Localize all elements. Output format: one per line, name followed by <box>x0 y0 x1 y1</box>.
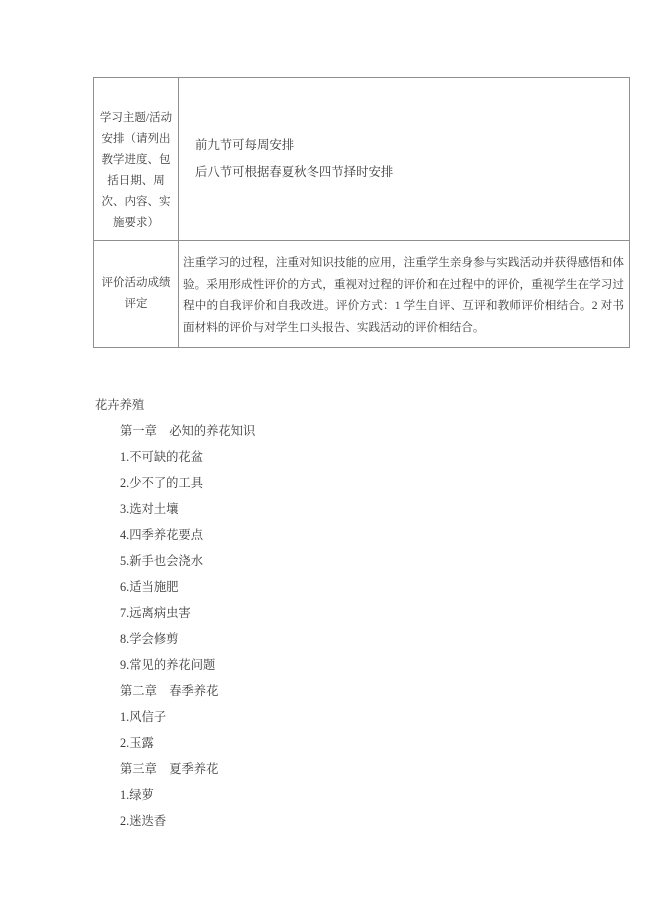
outline-title: 花卉养殖 <box>95 392 255 418</box>
outline-item: 1.风信子 <box>95 704 255 730</box>
schedule-evaluation-table: 学习主题/活动安排（请列出教学进度、包括日期、周次、内容、实施要求） 前九节可每… <box>93 77 630 348</box>
outline-item: 2.迷迭香 <box>95 808 255 834</box>
schedule-paragraph-2: 后八节可根据春夏秋冬四节择时安排 <box>195 159 623 186</box>
evaluation-row-label: 评价活动成绩评定 <box>94 241 179 348</box>
outline-item: 7.远离病虫害 <box>95 600 255 626</box>
document-page: 学习主题/活动安排（请列出教学进度、包括日期、周次、内容、实施要求） 前九节可每… <box>0 0 650 919</box>
outline-item: 1.不可缺的花盆 <box>95 444 255 470</box>
schedule-paragraph-1: 前九节可每周安排 <box>195 132 623 159</box>
evaluation-row-body: 注重学习的过程，注重对知识技能的应用，注重学生亲身参与实践活动并获得感悟和体验。… <box>179 241 630 348</box>
outline-chapter: 第二章 春季养花 <box>95 678 255 704</box>
outline-item: 9.常见的养花问题 <box>95 652 255 678</box>
outline-item: 2.玉露 <box>95 730 255 756</box>
book-outline: 花卉养殖 第一章 必知的养花知识 1.不可缺的花盆 2.少不了的工具 3.选对土… <box>95 392 255 834</box>
outline-item: 5.新手也会浇水 <box>95 548 255 574</box>
outline-item: 8.学会修剪 <box>95 626 255 652</box>
schedule-row-body: 前九节可每周安排 后八节可根据春夏秋冬四节择时安排 <box>179 78 630 241</box>
table-row-evaluation: 评价活动成绩评定 注重学习的过程，注重对知识技能的应用，注重学生亲身参与实践活动… <box>94 241 630 348</box>
outline-item: 3.选对土壤 <box>95 496 255 522</box>
outline-chapter: 第一章 必知的养花知识 <box>95 418 255 444</box>
outline-item: 4.四季养花要点 <box>95 522 255 548</box>
table-row-schedule: 学习主题/活动安排（请列出教学进度、包括日期、周次、内容、实施要求） 前九节可每… <box>94 78 630 241</box>
outline-item: 2.少不了的工具 <box>95 470 255 496</box>
outline-item: 6.适当施肥 <box>95 574 255 600</box>
outline-item: 1.绿萝 <box>95 782 255 808</box>
schedule-row-label: 学习主题/活动安排（请列出教学进度、包括日期、周次、内容、实施要求） <box>94 78 179 241</box>
outline-chapter: 第三章 夏季养花 <box>95 756 255 782</box>
